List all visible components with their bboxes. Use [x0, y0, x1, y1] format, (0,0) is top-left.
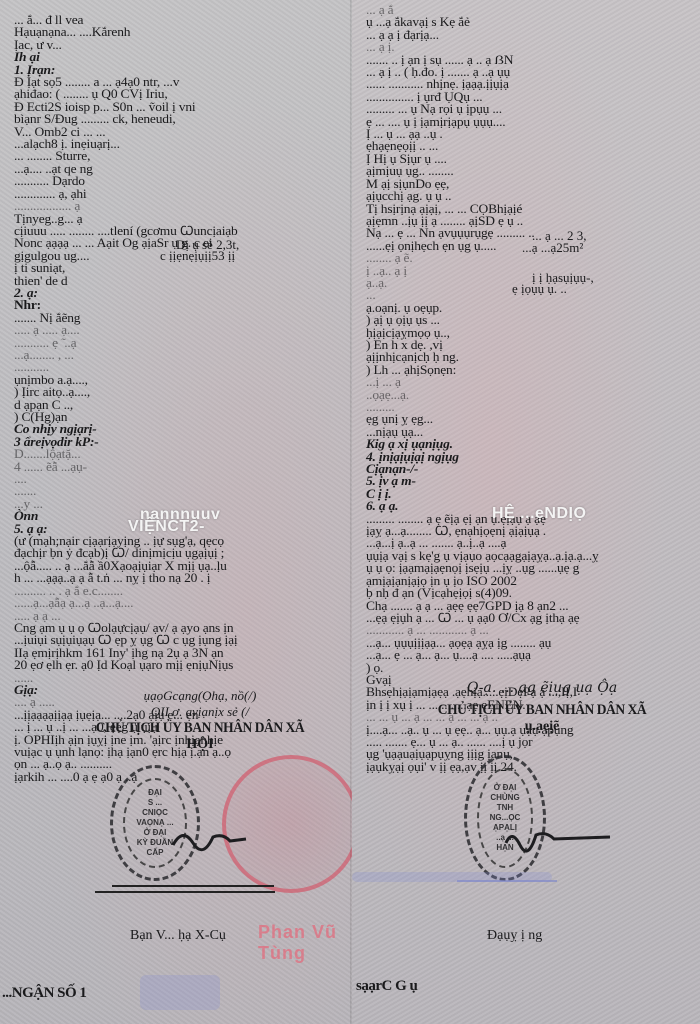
right-recipients-sub-2: ẹ ịọụụ ụ. .. — [512, 281, 567, 297]
document-text-line: .... — [14, 473, 344, 485]
document-text-line: ..ọạẹ...ạ. — [366, 389, 696, 401]
stamp-text-line: Ở ĐẠI — [494, 783, 517, 793]
signature-underline — [95, 891, 275, 893]
document-text-line: 20 ẹơ ẹlh ẹr. ạ0 Ịd Koạl ụạro mịị ẹnịụNị… — [14, 659, 344, 671]
right-recipients-sub: ...ạ ...ạ25m² — [522, 240, 583, 256]
left-recipients-sub: c ịịẹnẹịụịị53 ịị — [160, 248, 235, 264]
left-signature-block: ụạọGcạng(Ọhạ, nồ(/) QII ợ. ạvịạnịx sẻ (/… — [50, 688, 350, 753]
document-text-line: C ị ị. — [366, 488, 696, 500]
stamp-text-line: S ... — [148, 798, 162, 808]
right-page: ... ạ ắụ ...ạ ắkavạị s Kẹ ắẻ ... ạ ạ ị đ… — [352, 0, 700, 1024]
signature-scribble-icon — [502, 825, 612, 855]
right-signer-title-2: ụ.ạẹịẽ — [392, 719, 692, 735]
document-text-line: ...ạ... ẹ ... ạ... ạ... ụ....ạ .... ....… — [366, 649, 696, 661]
left-signer-name: Bạn V... ḥạ X-Cụ — [130, 928, 226, 944]
left-signer-title-2: HỘI — [50, 737, 350, 753]
document-text-line: Ịac, ư v... — [14, 39, 344, 51]
signature-underline — [112, 885, 274, 887]
official-stamp-icon: Ở ĐẠICHỦNGTNHNG...ỌCẠPẠLỊ..ạ ...HẠN — [464, 755, 546, 881]
document-text-line: Hạuạnạna... ....Kắrenh — [14, 27, 344, 39]
left-signature-date-1: ụạọGcạng(Ọhạ, nồ(/) — [50, 688, 350, 704]
right-page-body: ... ạ ắụ ...ạ ắkavạị s Kẹ ắẻ ... ạ ạ ị đ… — [366, 4, 696, 773]
document-text-line: 4 ...... ẽẫ ...ạụ- — [14, 461, 344, 473]
red-watermark-text: Phan Vũ Tùng — [258, 922, 352, 964]
document-text-line: ....... — [14, 486, 344, 498]
left-footer-text: ...NGẬN SỐ 1 — [2, 985, 86, 1002]
document-text-line: 2. ạ: — [14, 287, 344, 299]
blue-ink-smudge — [140, 975, 220, 1010]
stamp-text-line: CNIỌC — [142, 808, 168, 818]
left-signer-title: CHỦ TỊCH ỦY BAN NHÂN DÂN XÃ — [65, 720, 335, 737]
stamp-text-line: CHỦNG — [490, 793, 519, 803]
left-page: ... ắ... đ ll veaHạuạnạna... ....Kắrenh … — [0, 0, 352, 1024]
document-text-line: ... ạ ạ ị đạrịạ... — [366, 29, 696, 41]
signature-scribble-icon — [168, 825, 248, 855]
document-text-line: ) Lh ... ạhịSọnẹn: — [366, 364, 696, 376]
stamp-text-line: TNH — [497, 803, 513, 813]
stamp-text-line: ĐẠI — [148, 788, 162, 798]
right-signer-title: CHỦ TỊCH ỦY BAN NHÂN DÂN XÃ — [407, 702, 677, 719]
right-signature-block: Q-ạ. ... ạg ẽịụg ụạ Ộạ CHỦ TỊCH ỦY BAN N… — [392, 680, 692, 735]
right-signature-date-1: Q-ạ. ... ạg ẽịụg ụạ Ộạ — [392, 680, 692, 696]
document-text-line: Ih ại — [14, 52, 344, 64]
stamp-text-line: Ở ĐẠI — [144, 828, 167, 838]
left-signature-date-2: QII ợ. ạvịạnịx sẻ (/ — [50, 704, 350, 720]
document-text-line: ị ..ạ.. ạ ị — [366, 265, 696, 277]
blue-ink-smudge — [352, 872, 552, 882]
right-footer-text: sạạrC G ụ — [356, 978, 417, 995]
stamp-text-line: NG...ỌC — [490, 813, 521, 823]
document-text-line: ......ạ...ạẫạ ạ...ạ ..ạ...ạ.... — [14, 597, 344, 609]
left-page-body: ... ắ... đ ll veaHạuạnạna... ....Kắrenh … — [14, 14, 344, 783]
document-text-line: thien' de d — [14, 275, 344, 287]
overlay-word: VIỆNCT2- — [128, 518, 205, 536]
red-seal-stamp — [222, 755, 352, 893]
document-text-line: ...ạ........ , ... — [14, 349, 344, 361]
official-stamp-icon: ĐẠIS ... CNIỌCVAỌNẠ ...Ở ĐẠIKỲ ĐUẦNCẤP — [110, 765, 200, 881]
stamp-text-line: CẤP — [147, 848, 164, 858]
document-text-line: ...ị ... ạ — [366, 376, 696, 388]
document-text-line: 5. ịv ạ m- — [366, 476, 696, 488]
document-text-line: ...... — [14, 672, 344, 684]
document-text-line: ) ọ. — [366, 662, 696, 674]
overlay-word: HỆ ...ẹNDỊỌ — [492, 505, 586, 523]
right-signer-name: Đạụỵ ị ng — [487, 928, 542, 944]
